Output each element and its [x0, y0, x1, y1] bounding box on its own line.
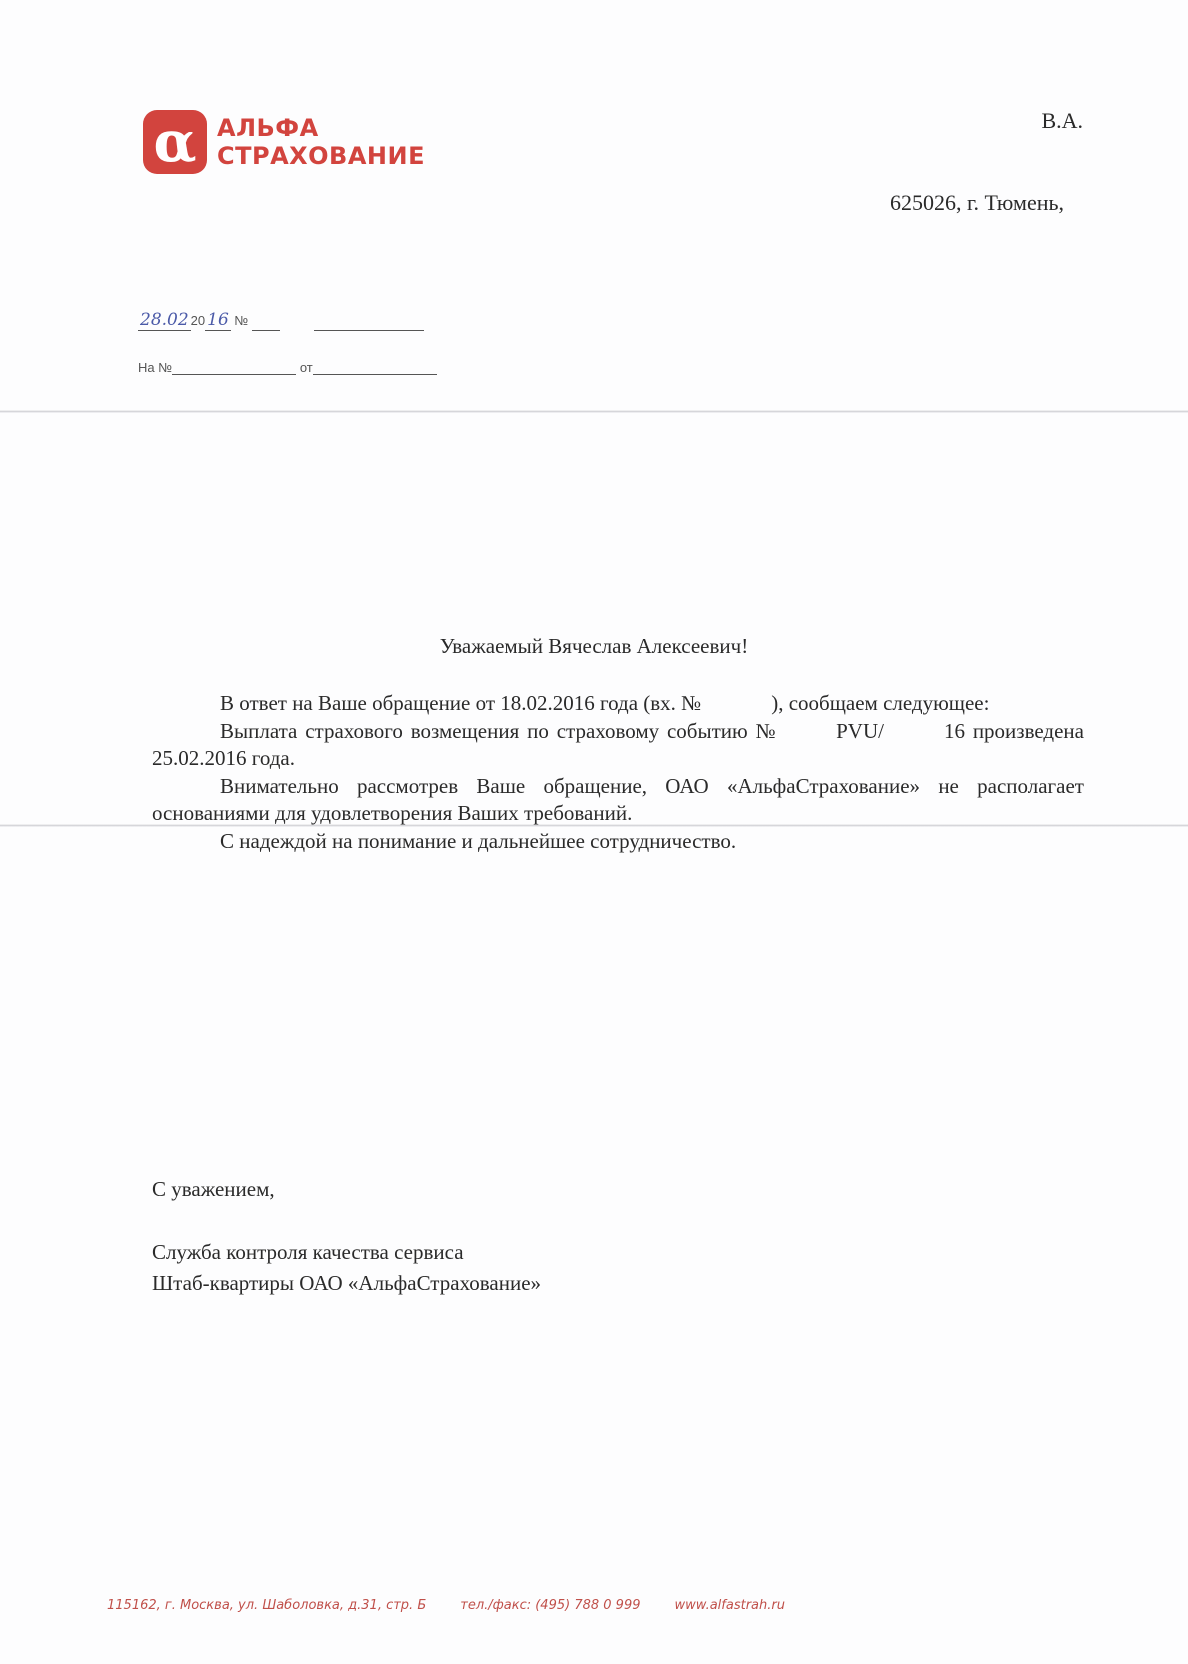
paragraph-1: В ответ на Ваше обращение от 18.02.2016 …	[152, 690, 1084, 718]
letterhead-footer: 115162, г. Москва, ул. Шаболовка, д.31, …	[107, 1598, 819, 1613]
incoming-from-label: от	[300, 360, 313, 375]
incoming-number-blank	[172, 360, 296, 375]
logo-line-2: СТРАХОВАНИЕ	[217, 142, 425, 170]
outgoing-reference: 28.022016 №	[138, 310, 424, 331]
recipient-address: 625026, г. Тюмень,	[890, 190, 1064, 216]
closing: С уважением,	[152, 1177, 275, 1202]
handwritten-year: 16	[205, 310, 231, 331]
year-prefix: 20	[191, 313, 205, 328]
recipient-name: В.А.	[1041, 108, 1083, 134]
signature-line-1: Служба контроля качества сервиса	[152, 1237, 541, 1268]
outgoing-number-blank-2	[314, 316, 424, 331]
paragraph-3: Внимательно рассмотрев Ваше обращение, О…	[152, 773, 1084, 828]
outgoing-number-blank	[252, 316, 280, 331]
footer-address: 115162, г. Москва, ул. Шаболовка, д.31, …	[107, 1598, 426, 1613]
signature-block: Служба контроля качества сервиса Штаб-кв…	[152, 1237, 541, 1299]
paragraph-4: С надеждой на понимание и дальнейшее сот…	[152, 828, 1084, 856]
salutation: Уважаемый Вячеслав Алексеевич!	[0, 634, 1188, 659]
outgoing-number-label: №	[234, 313, 248, 328]
incoming-number-label: На №	[138, 360, 172, 375]
company-logo: α АЛЬФА СТРАХОВАНИЕ	[143, 110, 425, 174]
signature-line-2: Штаб-квартиры ОАО «АльфаСтрахование»	[152, 1268, 541, 1299]
paper-fold-line	[0, 410, 1188, 413]
footer-phone: тел./факс: (495) 788 0 999	[460, 1598, 640, 1613]
paragraph-2: Выплата страхового возмещения по страхов…	[152, 718, 1084, 773]
alpha-logo-icon: α	[143, 110, 207, 174]
logo-wordmark: АЛЬФА СТРАХОВАНИЕ	[217, 114, 425, 170]
incoming-reference: На № от	[138, 360, 437, 375]
letter-body: В ответ на Ваше обращение от 18.02.2016 …	[152, 690, 1084, 855]
logo-line-1: АЛЬФА	[217, 114, 425, 142]
handwritten-date: 28.02	[138, 310, 191, 331]
footer-website: www.alfastrah.ru	[675, 1598, 785, 1613]
incoming-date-blank	[313, 360, 437, 375]
